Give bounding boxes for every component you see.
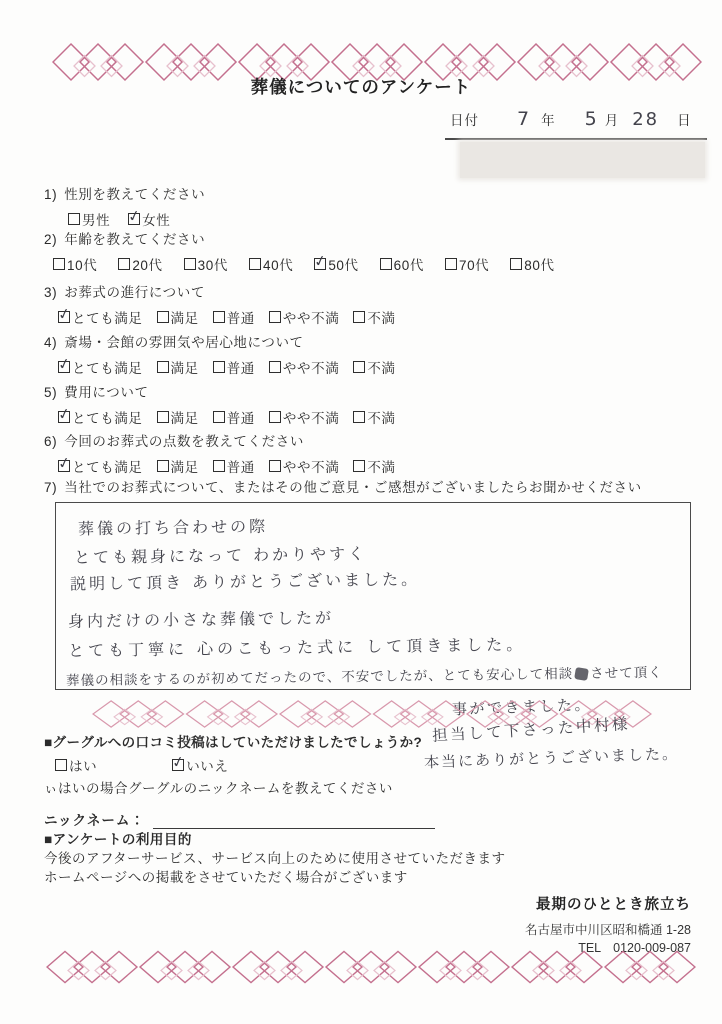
question-text: 今回のお葬式の点数を教えてください (64, 434, 304, 449)
option-label: やや不満 (283, 357, 339, 377)
option-80s: 80代 (510, 254, 554, 274)
question-number: 4) (44, 335, 57, 350)
option-label: 満足 (171, 407, 199, 427)
purpose-heading: ■アンケートの利用目的 (44, 830, 505, 849)
ink-scribble (574, 667, 589, 681)
checkbox-icon (118, 258, 130, 270)
question-overall-score: 6)今回のお葬式の点数を教えてください とても満足 満足 普通 やや不満 不満 (44, 430, 410, 476)
option-50s: 50代 (314, 254, 358, 274)
scanned-survey-page: 葬儀についてのアンケート 日付 7 年 5 月 28 日 1)性別を教えてくださ… (0, 0, 722, 1024)
checkbox-icon (249, 258, 261, 270)
checkbox-icon (157, 460, 169, 472)
purpose-line: 今後のアフターサービス、サービス向上のために使用させていただきます (44, 849, 505, 868)
handwritten-text: 葬儀の相談をするのが初めてだったので、不安でしたが、とても安心して相談 (66, 666, 573, 689)
option-satisfied: 満足 (157, 407, 199, 427)
checkbox-icon (353, 311, 365, 323)
options-row: とても満足 満足 普通 やや不満 不満 (44, 407, 410, 427)
checkbox-icon (58, 460, 70, 472)
google-review-heading: ■グーグルへの口コミ投稿はしていただけましたでしょうか? (44, 731, 435, 751)
question-venue-atmosphere: 4)斎場・会館の雰囲気や居心地について とても満足 満足 普通 やや不満 不満 (44, 331, 410, 377)
option-label: 70代 (459, 254, 489, 274)
option-label: 30代 (198, 254, 228, 274)
option-label: 普通 (227, 407, 255, 427)
date-day-value: 28 (632, 109, 659, 130)
option-label: とても満足 (72, 456, 143, 476)
question-title: 4)斎場・会館の雰囲気や居心地について (44, 331, 410, 351)
option-label: はい (69, 755, 97, 775)
option-satisfied: 満足 (157, 307, 199, 327)
handwritten-text: させて頂く (590, 665, 663, 682)
question-number: 5) (44, 385, 57, 400)
option-label: 男性 (82, 209, 110, 229)
question-title: 2)年齢を教えてください (44, 228, 576, 248)
company-info: 最期のひととき旅立ち 名古屋市中川区昭和橋通 1-28 TEL0120-009-… (525, 893, 691, 955)
checkbox-icon (269, 311, 281, 323)
options-row: 男性 女性 (44, 209, 205, 229)
checkbox-icon (58, 311, 70, 323)
option-label: 普通 (227, 307, 255, 327)
question-number: 7) (44, 480, 57, 495)
option-very-satisfied: とても満足 (58, 357, 143, 377)
option-label: いいえ (186, 755, 228, 775)
option-dissatisfied: 不満 (353, 307, 395, 327)
date-row: 日付 7 年 5 月 28 日 (445, 108, 707, 140)
option-label: やや不満 (283, 307, 339, 327)
handwritten-comment-line: 説明して頂き ありがとうございました。 (70, 567, 420, 595)
option-neutral: 普通 (213, 307, 255, 327)
checkbox-icon (128, 213, 140, 225)
option-10s: 10代 (53, 254, 97, 274)
handwritten-thanks-line: 本当にありがとうございました。 (424, 743, 680, 773)
options-row: とても満足 満足 普通 やや不満 不満 (44, 307, 410, 327)
option-label: やや不満 (283, 456, 339, 476)
option-somewhat-dissatisfied: やや不満 (269, 407, 339, 427)
option-label: 普通 (227, 456, 255, 476)
option-female: 女性 (128, 209, 170, 229)
option-satisfied: 満足 (157, 357, 199, 377)
checkbox-icon (172, 759, 184, 771)
comment-box: 葬儀の打ち合わせの際 とても親身になって わかりやすく 説明して頂き ありがとう… (55, 502, 691, 690)
option-label: とても満足 (72, 357, 143, 377)
checkbox-icon (213, 361, 225, 373)
question-free-comment: 7)当社でのお葬式について、またはその他ご意見・ご感想がございましたらお聞かせく… (44, 476, 642, 496)
option-label: とても満足 (72, 307, 143, 327)
checkbox-icon (314, 258, 326, 270)
date-year-unit: 年 (541, 109, 555, 129)
option-label: 不満 (367, 456, 395, 476)
option-label: 女性 (142, 209, 170, 229)
handwritten-comment-line: 身内だけの小さな葬儀でしたが (68, 605, 334, 632)
question-title: 3)お葬式の進行について (44, 281, 410, 301)
nickname-row: ニックネーム： (44, 809, 435, 829)
question-number: 2) (44, 232, 57, 247)
question-text: 性別を教えてください (64, 187, 205, 202)
question-gender: 1)性別を教えてください 男性 女性 (44, 183, 205, 229)
option-label: 80代 (524, 254, 554, 274)
option-label: 満足 (171, 307, 199, 327)
option-20s: 20代 (118, 254, 162, 274)
option-somewhat-dissatisfied: やや不満 (269, 456, 339, 476)
page-title: 葬儀についてのアンケート (0, 74, 722, 99)
options-row: 10代 20代 30代 40代 50代 60代 70代 80代 (44, 254, 576, 274)
handwritten-comment-line: とても親身になって わかりやすく (74, 541, 367, 568)
options-row: とても満足 満足 普通 やや不満 不満 (44, 456, 410, 476)
date-label: 日付 (450, 109, 479, 129)
option-70s: 70代 (445, 254, 489, 274)
option-label: 60代 (394, 254, 424, 274)
option-neutral: 普通 (213, 357, 255, 377)
google-review-section: ■グーグルへの口コミ投稿はしていただけましたでしょうか? はい いいえ ぃはいの… (44, 731, 435, 829)
question-text: 費用について (64, 385, 148, 400)
handwritten-comment-line: 葬儀の相談をするのが初めてだったので、不安でしたが、とても安心して相談させて頂く (66, 661, 663, 689)
option-label: 満足 (171, 357, 199, 377)
purpose-line: ホームページへの掲載をさせていただく場合がございます (44, 868, 505, 887)
date-month-value: 5 (585, 108, 597, 130)
date-month-unit: 月 (605, 109, 619, 129)
question-number: 3) (44, 285, 57, 300)
option-label: 40代 (263, 254, 293, 274)
checkbox-icon (213, 311, 225, 323)
question-age: 2)年齢を教えてください 10代 20代 30代 40代 50代 60代 70代… (44, 228, 576, 274)
option-very-satisfied: とても満足 (58, 407, 143, 427)
checkbox-icon (269, 460, 281, 472)
option-satisfied: 満足 (157, 456, 199, 476)
option-label: 不満 (367, 307, 395, 327)
checkbox-icon (380, 258, 392, 270)
google-nickname-note: ぃはいの場合グーグルのニックネームを教えてください (44, 777, 435, 797)
option-very-satisfied: とても満足 (58, 456, 143, 476)
checkbox-icon (353, 411, 365, 423)
option-very-satisfied: とても満足 (58, 307, 143, 327)
option-somewhat-dissatisfied: やや不満 (269, 357, 339, 377)
question-cost: 5)費用について とても満足 満足 普通 やや不満 不満 (44, 381, 410, 427)
option-60s: 60代 (380, 254, 424, 274)
checkbox-icon (353, 460, 365, 472)
question-title: 5)費用について (44, 381, 410, 401)
question-text: 年齢を教えてください (64, 232, 205, 247)
checkbox-icon (184, 258, 196, 270)
option-40s: 40代 (249, 254, 293, 274)
handwritten-comment-line: 葬儀の打ち合わせの際 (78, 514, 268, 540)
question-text: お葬式の進行について (64, 285, 205, 300)
option-neutral: 普通 (213, 456, 255, 476)
checkbox-icon (213, 460, 225, 472)
question-number: 6) (44, 434, 57, 449)
option-label: 50代 (328, 254, 358, 274)
option-dissatisfied: 不満 (353, 357, 395, 377)
option-label: やや不満 (283, 407, 339, 427)
checkbox-icon (58, 361, 70, 373)
option-30s: 30代 (184, 254, 228, 274)
question-text: 斎場・会館の雰囲気や居心地について (64, 335, 303, 350)
checkbox-icon (157, 411, 169, 423)
question-text: 当社でのお葬式について、またはその他ご意見・ご感想がございましたらお聞かせくださ… (64, 480, 642, 495)
option-yes: はい (55, 755, 97, 775)
option-label: とても満足 (72, 407, 143, 427)
option-label: 普通 (227, 357, 255, 377)
option-dissatisfied: 不満 (353, 407, 395, 427)
redacted-area (460, 142, 705, 178)
option-label: 10代 (67, 254, 97, 274)
option-label: 不満 (367, 407, 395, 427)
options-row: とても満足 満足 普通 やや不満 不満 (44, 357, 410, 377)
company-name: 最期のひととき旅立ち (525, 893, 691, 914)
option-no: いいえ (172, 755, 228, 775)
question-title: 6)今回のお葬式の点数を教えてください (44, 430, 410, 450)
date-year-value: 7 (517, 108, 529, 130)
checkbox-icon (269, 361, 281, 373)
nickname-label: ニックネーム： (44, 809, 145, 829)
option-male: 男性 (68, 209, 110, 229)
option-somewhat-dissatisfied: やや不満 (269, 307, 339, 327)
nickname-write-in-line (153, 814, 435, 829)
handwritten-comment-line: とても丁寧に 心のこもった式に して頂きました。 (68, 632, 526, 661)
checkbox-icon (55, 759, 67, 771)
checkbox-icon (213, 411, 225, 423)
company-address: 名古屋市中川区昭和橋通 1-28 (525, 920, 691, 938)
option-label: 満足 (171, 456, 199, 476)
checkbox-icon (157, 311, 169, 323)
question-number: 1) (44, 187, 57, 202)
options-row: はい いいえ (44, 755, 435, 775)
option-dissatisfied: 不満 (353, 456, 395, 476)
checkbox-icon (445, 258, 457, 270)
survey-purpose-section: ■アンケートの利用目的 今後のアフターサービス、サービス向上のために使用させてい… (44, 830, 505, 887)
checkbox-icon (68, 213, 80, 225)
option-label: 20代 (132, 254, 162, 274)
checkbox-icon (510, 258, 522, 270)
diamond-border-bottom (46, 948, 696, 986)
question-title: 7)当社でのお葬式について、またはその他ご意見・ご感想がございましたらお聞かせく… (44, 476, 642, 496)
option-label: 不満 (367, 357, 395, 377)
checkbox-icon (353, 361, 365, 373)
checkbox-icon (269, 411, 281, 423)
checkbox-icon (58, 411, 70, 423)
checkbox-icon (53, 258, 65, 270)
question-ceremony-flow: 3)お葬式の進行について とても満足 満足 普通 やや不満 不満 (44, 281, 410, 327)
question-title: 1)性別を教えてください (44, 183, 205, 203)
checkbox-icon (157, 361, 169, 373)
option-neutral: 普通 (213, 407, 255, 427)
date-day-unit: 日 (677, 109, 691, 129)
